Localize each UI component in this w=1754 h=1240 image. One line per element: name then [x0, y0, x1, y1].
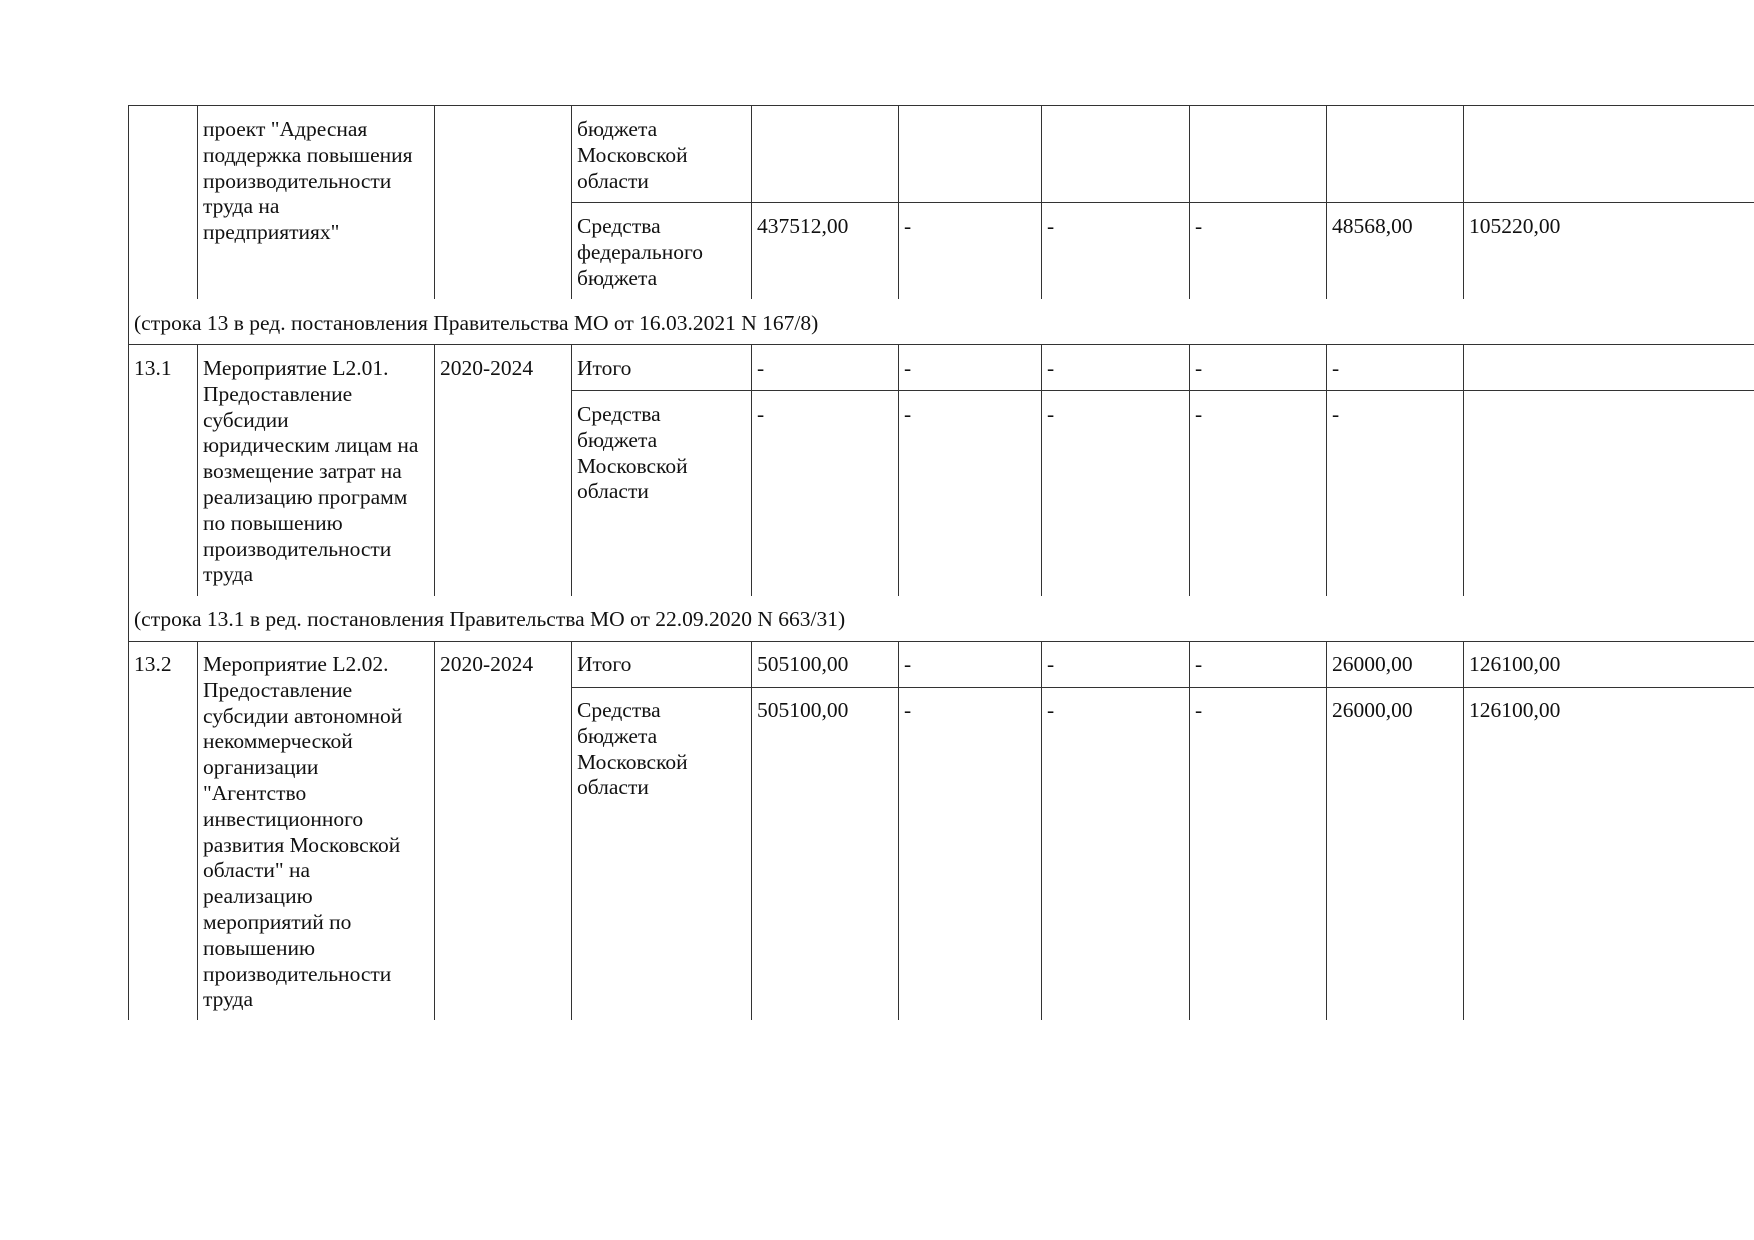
table-border: [571, 202, 1754, 203]
table-border: [1463, 641, 1464, 1020]
value-cell: 26000,00: [1332, 652, 1413, 678]
table-border: [571, 641, 572, 1020]
value-cell: -: [1047, 214, 1054, 240]
funding-source: Средства бюджета Московской области: [577, 698, 688, 801]
row-title: проект "Адресная поддержка повышения про…: [203, 117, 413, 246]
table-border: [128, 596, 129, 641]
value-cell: -: [1047, 698, 1054, 724]
row-title: Мероприятие L2.01. Предоставление субсид…: [203, 356, 418, 588]
value-cell: -: [1195, 402, 1202, 428]
table-border: [128, 105, 1754, 106]
revision-note: (строка 13 в ред. постановления Правител…: [134, 310, 818, 336]
funding-source: Средства федерального бюджета: [577, 214, 703, 291]
value-cell: 48568,00: [1332, 214, 1413, 240]
table-border: [128, 641, 129, 1020]
table-border: [898, 105, 899, 299]
table-border: [197, 641, 198, 1020]
table-border: [751, 641, 752, 1020]
table-border: [1463, 344, 1464, 596]
table-border: [751, 344, 752, 596]
table-border: [1189, 641, 1190, 1020]
table-border: [1041, 344, 1042, 596]
table-border: [898, 344, 899, 596]
table-border: [434, 105, 435, 299]
table-border: [1189, 105, 1190, 299]
value-cell: 505100,00: [757, 652, 848, 678]
value-cell: 126100,00: [1469, 698, 1560, 724]
row-title: Мероприятие L2.02. Предоставление субсид…: [203, 652, 402, 1013]
value-cell: -: [1195, 698, 1202, 724]
table-border: [1463, 105, 1464, 299]
value-cell: -: [1195, 214, 1202, 240]
table-border: [128, 299, 129, 344]
funding-source: Итого: [577, 652, 631, 678]
funding-source: Средства бюджета Московской области: [577, 402, 688, 505]
value-cell: -: [904, 402, 911, 428]
value-cell: -: [1195, 652, 1202, 678]
value-cell: -: [1195, 356, 1202, 382]
value-cell: 126100,00: [1469, 652, 1560, 678]
revision-note: (строка 13.1 в ред. постановления Правит…: [134, 606, 845, 632]
value-cell: -: [1332, 402, 1339, 428]
table-border: [197, 105, 198, 299]
value-cell: -: [904, 652, 911, 678]
table-border: [1189, 344, 1190, 596]
table-border: [1326, 344, 1327, 596]
value-cell: -: [1047, 652, 1054, 678]
table-border: [571, 344, 572, 596]
document-page: проект "Адресная поддержка повышения про…: [0, 0, 1754, 1240]
table-border: [571, 390, 1754, 391]
value-cell: -: [1047, 402, 1054, 428]
table-border: [128, 344, 129, 596]
row-period: 2020-2024: [440, 652, 533, 678]
table-border: [1041, 641, 1042, 1020]
table-border: [751, 105, 752, 299]
value-cell: -: [1332, 356, 1339, 382]
value-cell: -: [757, 402, 764, 428]
value-cell: 26000,00: [1332, 698, 1413, 724]
table-border: [128, 641, 1754, 642]
funding-source: бюджета Московской области: [577, 117, 688, 194]
table-border: [128, 344, 1754, 345]
value-cell: -: [904, 356, 911, 382]
row-number: 13.2: [134, 652, 172, 678]
table-border: [571, 687, 1754, 688]
value-cell: -: [904, 214, 911, 240]
table-border: [197, 344, 198, 596]
value-cell: 105220,00: [1469, 214, 1560, 240]
table-border: [434, 344, 435, 596]
funding-source: Итого: [577, 356, 631, 382]
table-border: [128, 105, 129, 299]
value-cell: -: [1047, 356, 1054, 382]
table-border: [1326, 105, 1327, 299]
row-period: 2020-2024: [440, 356, 533, 382]
value-cell: 437512,00: [757, 214, 848, 240]
row-number: 13.1: [134, 356, 172, 382]
value-cell: -: [904, 698, 911, 724]
table-border: [434, 641, 435, 1020]
table-border: [1041, 105, 1042, 299]
table-border: [898, 641, 899, 1020]
value-cell: 505100,00: [757, 698, 848, 724]
table-border: [1326, 641, 1327, 1020]
table-border: [571, 105, 572, 299]
value-cell: -: [757, 356, 764, 382]
